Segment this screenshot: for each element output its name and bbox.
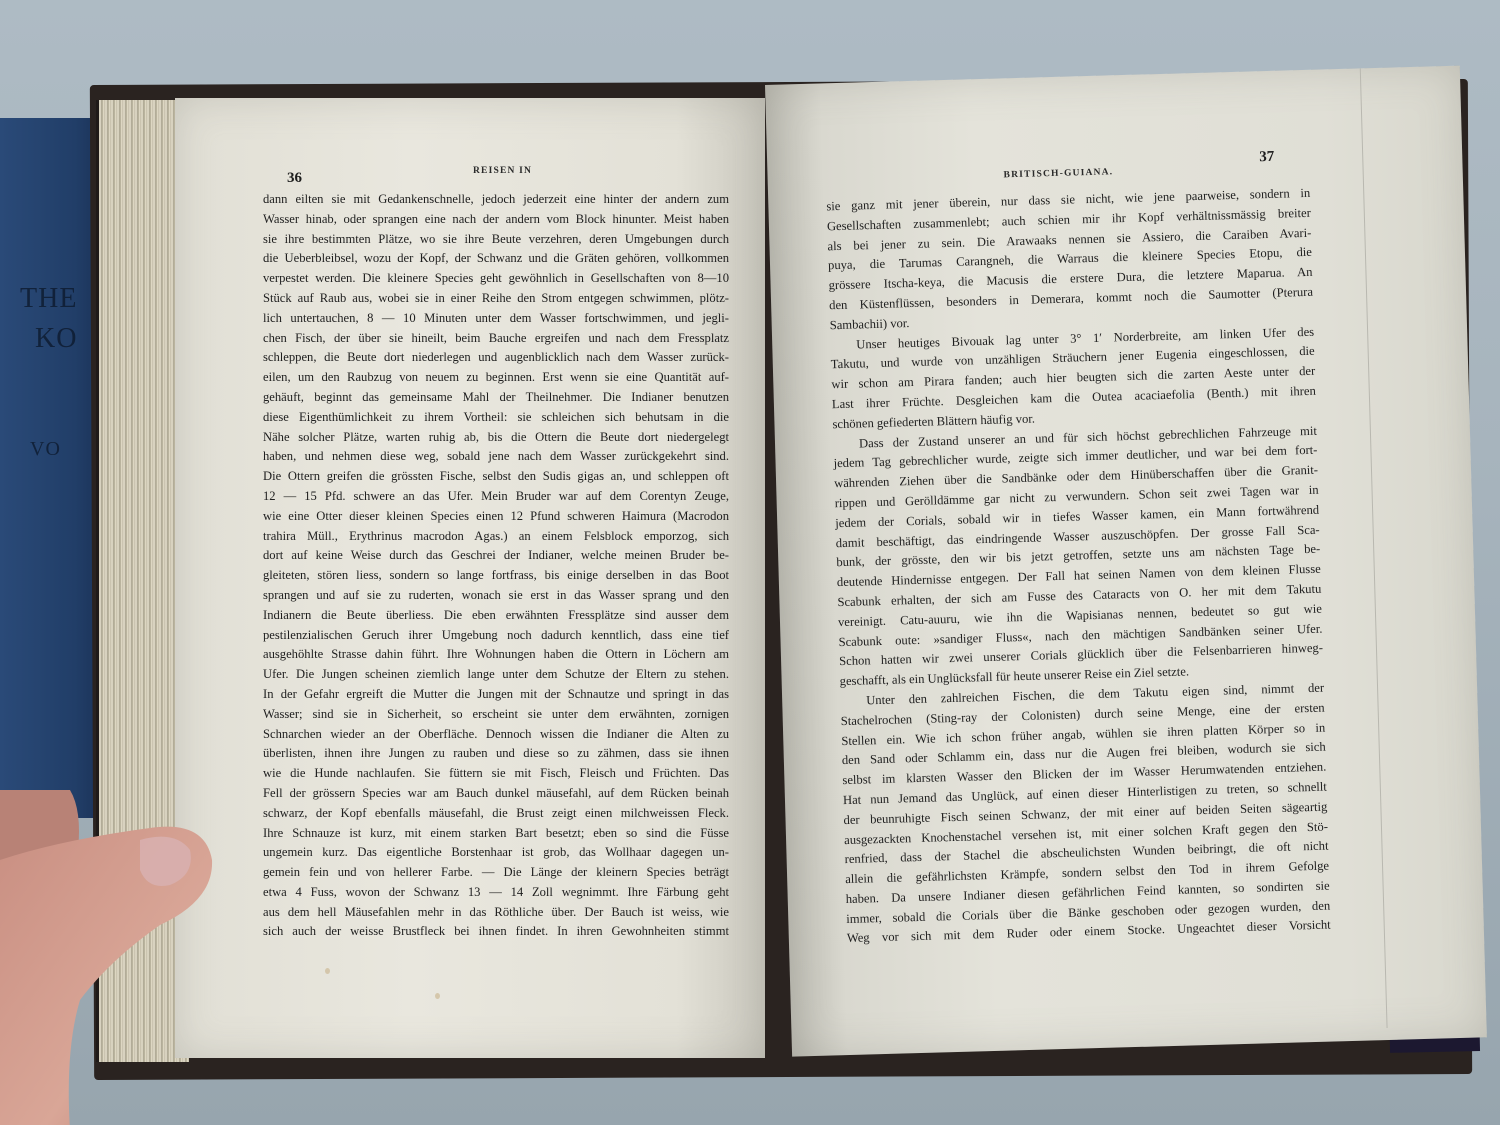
text-line: etwa 4 Fuss, wovon der Schwanz 13 — 14 Z… bbox=[263, 883, 729, 903]
text-line: Schnarchen wieder an der Oberfläche. Den… bbox=[263, 725, 729, 745]
body-text: sie ganz mit jener überein, nur dass sie… bbox=[826, 184, 1331, 950]
body-text: dann eilten sie mit Gedankenschnelle, je… bbox=[263, 190, 729, 942]
left-page: 36 REISEN IN dann eilten sie mit Gedanke… bbox=[175, 98, 765, 1058]
background-book-title-fragment: VO bbox=[30, 438, 61, 461]
text-line: gehäuft, beginnt das gemeinsame Mahl der… bbox=[263, 388, 729, 408]
text-line: sie ihre bestimmten Plätze, wo sie ihre … bbox=[263, 230, 729, 250]
page-number: 37 bbox=[1259, 149, 1274, 166]
text-line: ausgehöhlte Strasse dahin führt. Ihre Wo… bbox=[263, 645, 729, 665]
background-book-title-fragment: KO bbox=[35, 323, 77, 355]
text-line: Indianern die Beute überliess. Die eben … bbox=[263, 606, 729, 626]
page-number: 36 bbox=[287, 170, 302, 187]
page-fold-line bbox=[1360, 68, 1388, 1028]
text-line: dann eilten sie mit Gedankenschnelle, je… bbox=[263, 190, 729, 210]
text-line: verpestet werden. Die kleinere Species g… bbox=[263, 269, 729, 289]
text-line: dort auf keine Weise durch das Geschrei … bbox=[263, 546, 729, 566]
text-line: Stück auf Raub aus, wobei sie in einer R… bbox=[263, 289, 729, 309]
background-book-title-fragment: THE bbox=[20, 283, 77, 315]
text-line: Wasser; sind sie in Sicherheit, so ersch… bbox=[263, 705, 729, 725]
text-line: trahira Müll., Erythrinus macrodon Agas.… bbox=[263, 527, 729, 547]
text-line: schleppen, die Beute dort niederlegen un… bbox=[263, 348, 729, 368]
text-line: Wasser hinab, oder sprangen eine nach de… bbox=[263, 210, 729, 230]
foxing-spot bbox=[435, 993, 440, 999]
text-line: 12 — 15 Pfd. schwere an das Ufer. Mein B… bbox=[263, 487, 729, 507]
text-line: In der Gefahr ergreift die Mutter die Ju… bbox=[263, 685, 729, 705]
running-head: BRITISCH-GUIANA. bbox=[1003, 167, 1113, 180]
text-line: chen Fisch, der über sie hineilt, beim B… bbox=[263, 329, 729, 349]
text-line: Ihre Schnauze ist kurz, mit einem starke… bbox=[263, 824, 729, 844]
text-line: schwarz, der Kopf ebenfalls mäusefahl, d… bbox=[263, 804, 729, 824]
text-line: wie eine Otter dieser kleinen Species ei… bbox=[263, 507, 729, 527]
text-line: sich auch der weisse Brustfleck bei ihne… bbox=[263, 922, 729, 942]
text-line: Ufer. Die Jungen scheinen ziemlich lange… bbox=[263, 665, 729, 685]
text-line: lich untertauchen, 8 — 10 Minuten unter … bbox=[263, 309, 729, 329]
text-line: pestilenzialischen Geruch ihrer Umgebung… bbox=[263, 626, 729, 646]
text-line: die Ueberbleibsel, wozu der Kopf, der Sc… bbox=[263, 249, 729, 269]
foxing-spot bbox=[325, 968, 330, 974]
text-line: gemein fein und von hellerer Farbe. — Di… bbox=[263, 863, 729, 883]
text-line: überlisten, ihnen ihre Jungen zu rauben … bbox=[263, 744, 729, 764]
right-page: 37 BRITISCH-GUIANA. sie ganz mit jener ü… bbox=[765, 66, 1487, 1057]
text-line: gleiteten, stören liess, sondern so lang… bbox=[263, 566, 729, 586]
text-line: Fell der grössern Species war am Bauch d… bbox=[263, 784, 729, 804]
text-line: aus dem hell Mäusefahlen mehr in das Röt… bbox=[263, 903, 729, 923]
text-line: sprangen und auf sie zu ruderten, wonach… bbox=[263, 586, 729, 606]
text-line: Nähe solcher Plätze, warten ruhig ab, bi… bbox=[263, 428, 729, 448]
text-line: eilen, um den Raubzug von neuem zu begin… bbox=[263, 368, 729, 388]
text-line: Die Ottern greifen die grössten Fische, … bbox=[263, 467, 729, 487]
running-head: REISEN IN bbox=[473, 166, 532, 176]
text-line: wie die Hunde nachlaufen. Sie füttern si… bbox=[263, 764, 729, 784]
text-line: diese Eigenthümlichkeit zu ihrem Vorthei… bbox=[263, 408, 729, 428]
text-line: haben, und nehmen diese weg, sobald jene… bbox=[263, 447, 729, 467]
hand-thumb bbox=[0, 790, 215, 1125]
text-line: ungemein kurz. Das eigentliche Borstenha… bbox=[263, 843, 729, 863]
